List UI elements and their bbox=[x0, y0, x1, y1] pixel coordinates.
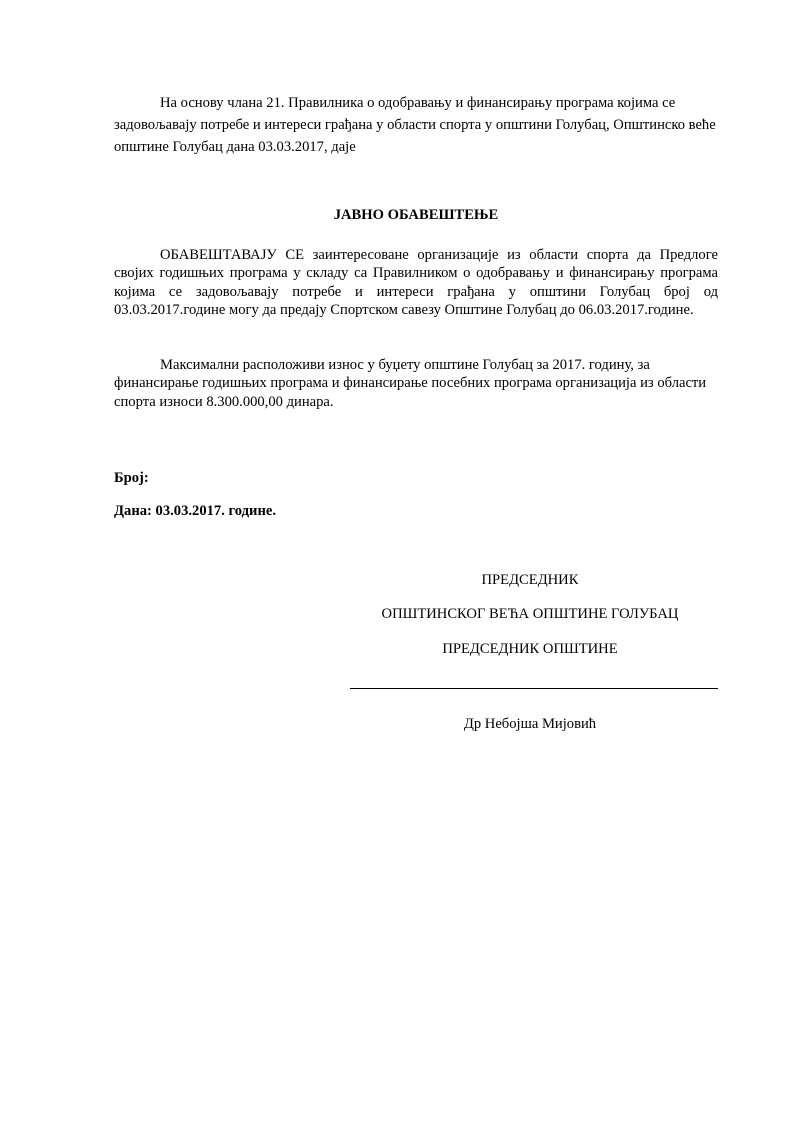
budget-paragraph: Максимални расположиви износ у буџету оп… bbox=[114, 356, 718, 411]
document-title: ЈАВНО ОБАВЕШТЕЊЕ bbox=[114, 204, 718, 226]
signature-name: Др Небојша Мијовић bbox=[340, 713, 720, 735]
number-label: Број: bbox=[114, 467, 718, 489]
signature-title: ПРЕДСЕДНИК bbox=[340, 569, 720, 591]
notice-paragraph: ОБАВЕШТАВАЈУ СЕ заинтересоване организац… bbox=[114, 246, 718, 319]
signature-line bbox=[350, 688, 718, 689]
date-line: Дана: 03.03.2017. године. bbox=[114, 500, 718, 522]
signature-role: ПРЕДСЕДНИК ОПШТИНЕ bbox=[340, 638, 720, 660]
intro-paragraph: На основу члана 21. Правилника о одобрав… bbox=[114, 92, 718, 158]
signature-council: ОПШТИНСКОГ ВЕЋА ОПШТИНЕ ГОЛУБАЦ bbox=[340, 603, 720, 625]
